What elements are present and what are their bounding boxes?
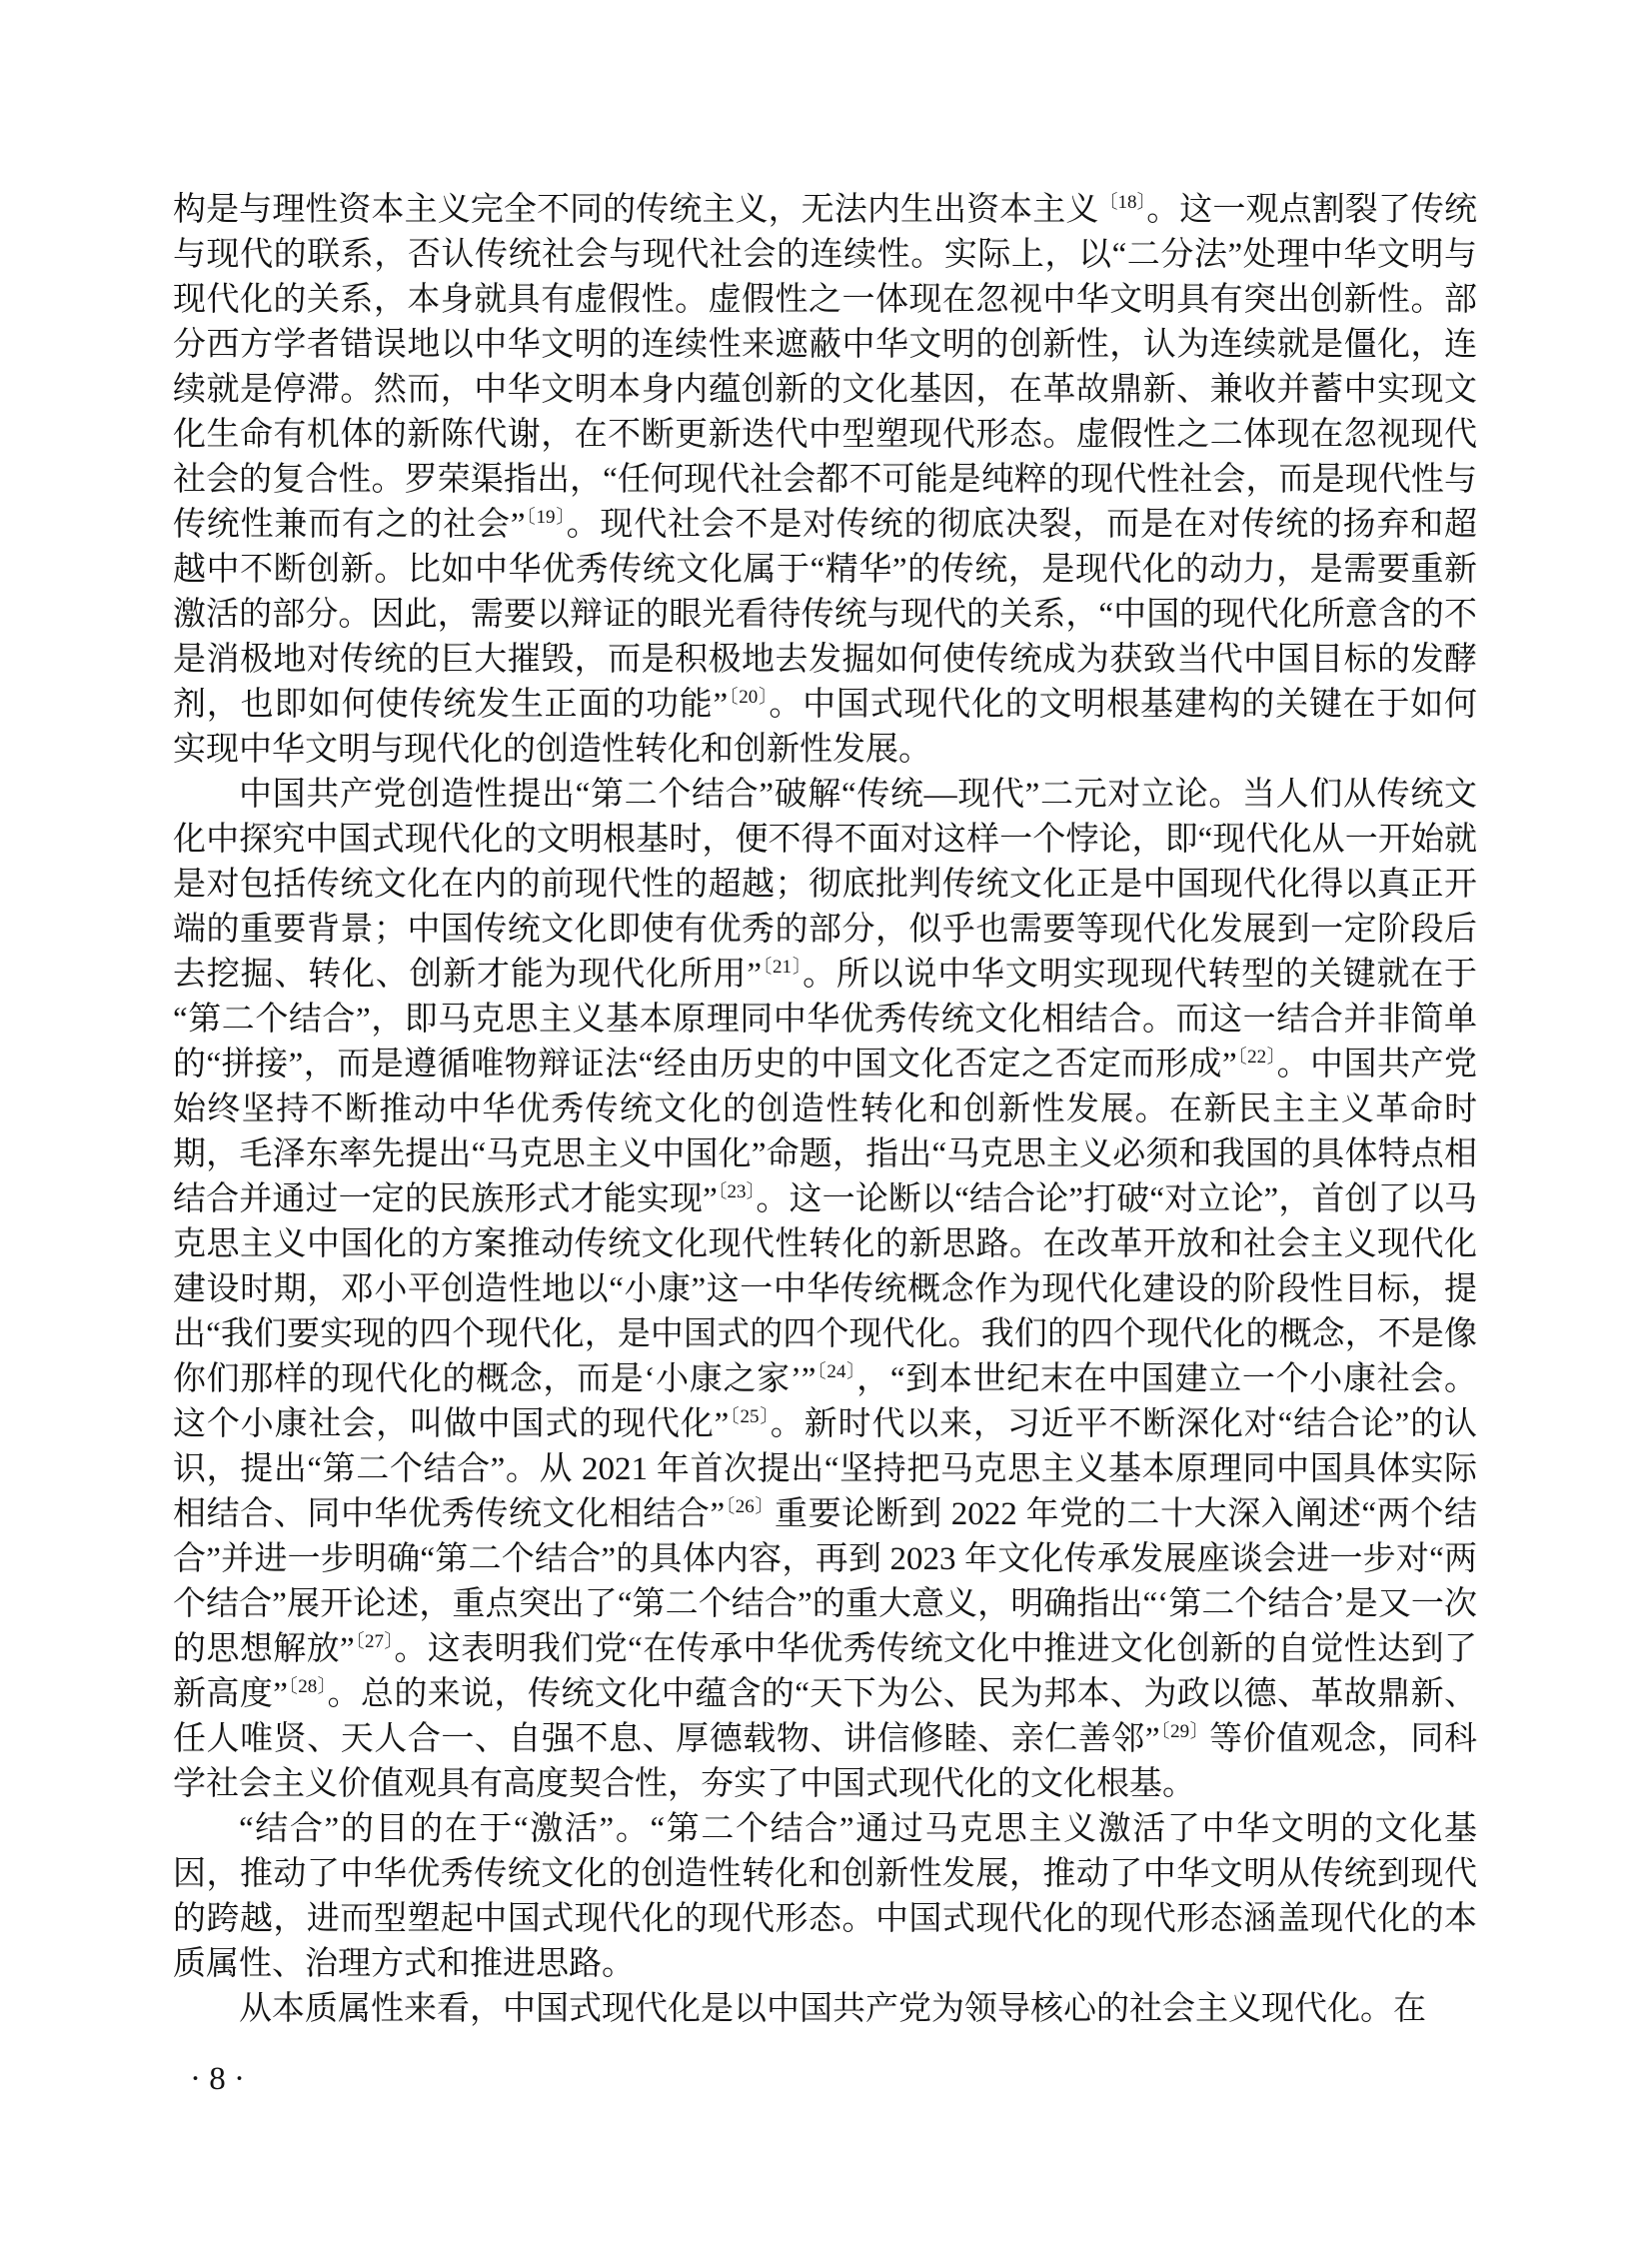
document-page: 构是与理性资本主义完全不同的传统主义，无法内生出资本主义〔18〕。这一观点割裂了… (0, 0, 1652, 2243)
text-run: 构是与理性资本主义完全不同的传统主义，无法内生出资本主义 (173, 192, 1098, 228)
paragraph: “结合”的目的在于“激活”。“第二个结合”通过马克思主义激活了中华文明的文化基因… (173, 1807, 1477, 1987)
text-run: 。这一观点割裂了传统与现代的联系，否认传统社会与现代社会的连续性。实际上，以“二… (173, 192, 1477, 543)
paragraph: 中国共产党创造性提出“第二个结合”破解“传统—现代”二元对立论。当人们从传统文化… (173, 773, 1477, 1807)
footnote-ref: 〔24〕 (816, 1361, 856, 1382)
text-run: 从本质属性来看，中国式现代化是以中国共产党为领导核心的社会主义现代化。在 (239, 1991, 1426, 2027)
footnote-ref: 〔22〕 (1237, 1047, 1277, 1068)
footnote-ref: 〔26〕 (725, 1496, 775, 1517)
page-number: · 8 · (190, 2057, 245, 2102)
footnote-ref: 〔27〕 (355, 1631, 395, 1652)
paragraph: 构是与理性资本主义完全不同的传统主义，无法内生出资本主义〔18〕。这一观点割裂了… (173, 188, 1477, 773)
footnote-ref: 〔18〕 (1098, 192, 1146, 213)
footnote-ref: 〔23〕 (718, 1181, 757, 1202)
footnote-ref: 〔20〕 (728, 687, 769, 708)
article-body: 构是与理性资本主义完全不同的传统主义，无法内生出资本主义〔18〕。这一观点割裂了… (173, 188, 1477, 2032)
text-run: “结合”的目的在于“激活”。“第二个结合”通过马克思主义激活了中华文明的文化基因… (173, 1811, 1477, 1982)
paragraph: 从本质属性来看，中国式现代化是以中国共产党为领导核心的社会主义现代化。在 (173, 1987, 1477, 2032)
footnote-ref: 〔19〕 (525, 507, 566, 528)
footnote-ref: 〔28〕 (288, 1676, 328, 1697)
footnote-ref: 〔29〕 (1159, 1721, 1209, 1742)
footnote-ref: 〔21〕 (762, 957, 803, 978)
footnote-ref: 〔25〕 (729, 1406, 770, 1427)
